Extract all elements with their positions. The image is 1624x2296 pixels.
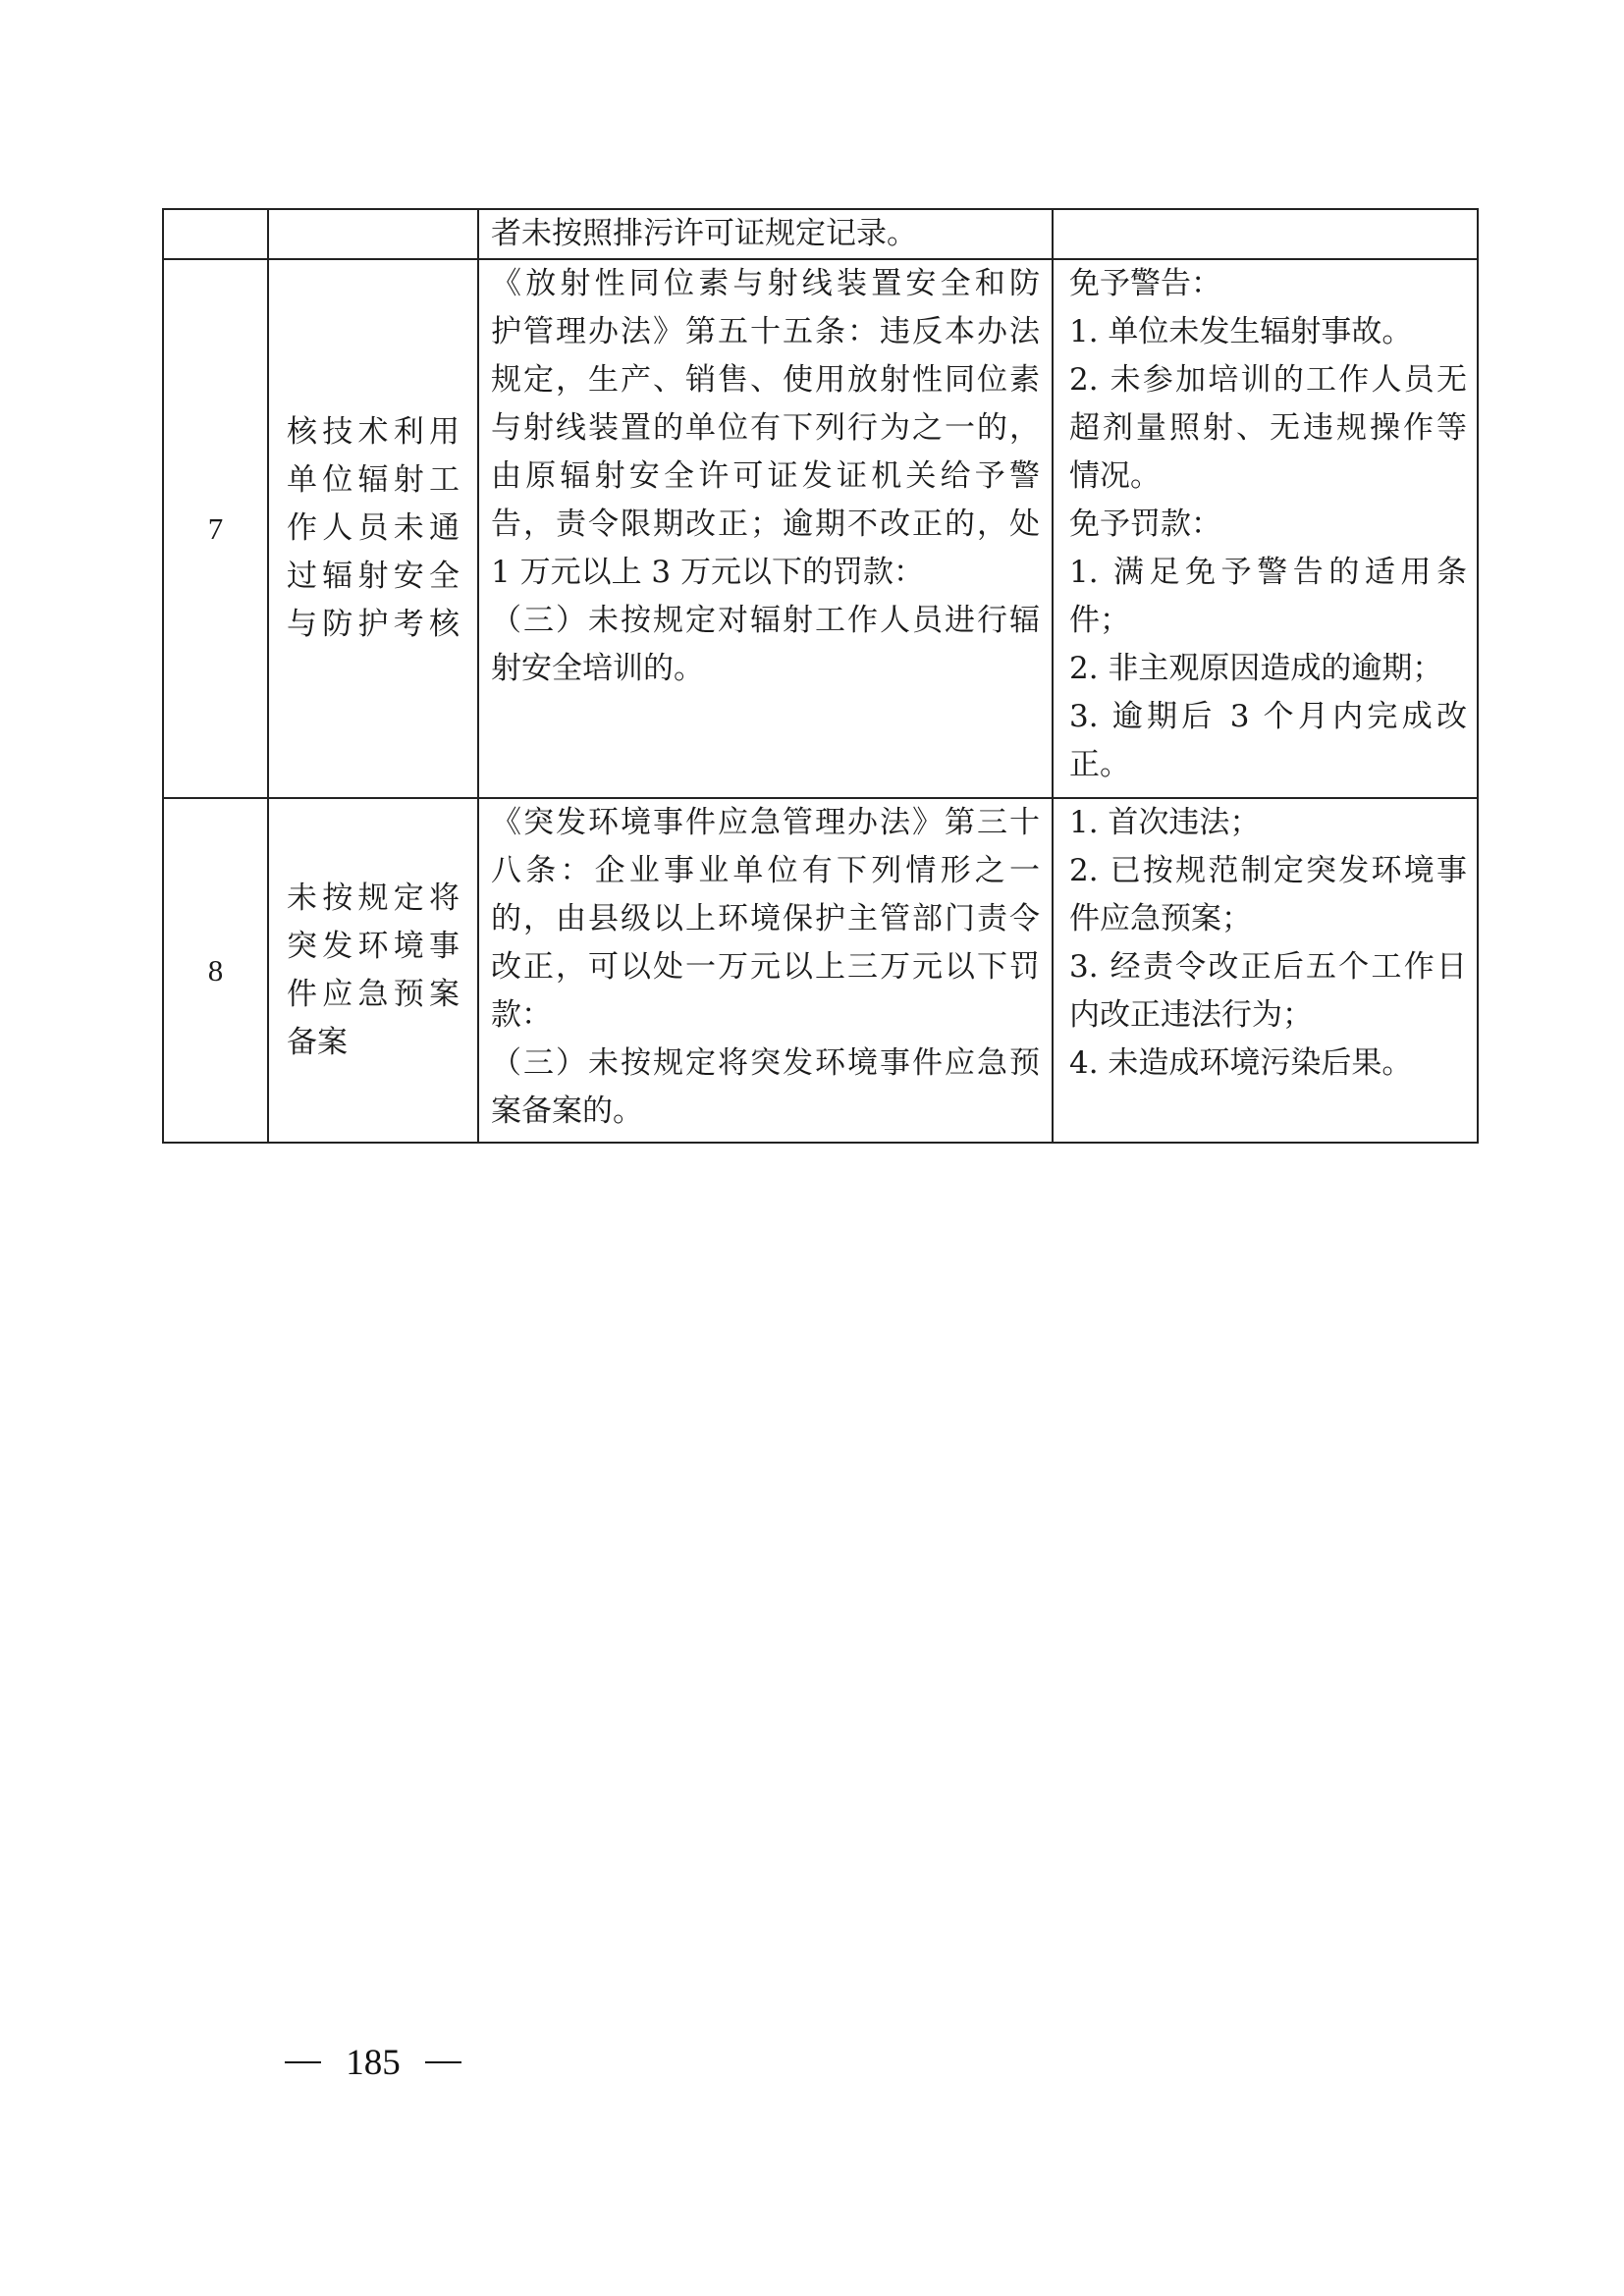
violation-name-line: 过辐射安全: [287, 553, 460, 601]
exemption-condition-line: 2. 非主观原因造成的逾期；: [1069, 645, 1467, 693]
legal-basis-line: 护管理办法》第五十五条：违反本办法: [491, 308, 1040, 356]
violation-name-cell: 未按规定将 突发环境事 件应急预案 备案: [268, 798, 478, 1143]
violation-name-cell: 核技术利用 单位辐射工 作人员未通 过辐射安全 与防护考核: [268, 259, 478, 798]
exemption-conditions-cell: 免予警告： 1. 单位未发生辐射事故。 2. 未参加培训的工作人员无 超剂量照射…: [1053, 259, 1478, 798]
legal-basis-line: 《放射性同位素与射线装置安全和防: [491, 260, 1040, 308]
legal-basis-line: 由原辐射安全许可证发证机关给予警: [491, 453, 1040, 501]
exemption-condition-line: 2. 未参加培训的工作人员无: [1069, 356, 1467, 404]
provisions-table: 者未按照排污许可证规定记录。 7 核技术利用 单位辐射工 作人员未通 过辐射安全…: [162, 208, 1479, 1144]
violation-name-line: 单位辐射工: [287, 456, 460, 505]
legal-basis-line: 规定，生产、销售、使用放射性同位素: [491, 356, 1040, 404]
legal-basis-line: 案备案的。: [491, 1088, 1040, 1136]
legal-basis-line: 射安全培训的。: [491, 645, 1040, 693]
legal-basis-line: （三）未按规定将突发环境事件应急预: [491, 1040, 1040, 1088]
exemption-condition-line: 3. 经责令改正后五个工作日: [1069, 943, 1467, 991]
violation-name-line: 件应急预案: [287, 971, 460, 1019]
table-row-8: 8 未按规定将 突发环境事 件应急预案 备案 《突发环境事件应急管理办法》第三十…: [163, 798, 1478, 1143]
page-number: 185: [346, 2042, 401, 2084]
legal-basis-cell: 《放射性同位素与射线装置安全和防 护管理办法》第五十五条：违反本办法 规定，生产…: [478, 259, 1053, 798]
exemption-heading-fine: 免予罚款：: [1069, 501, 1467, 549]
violation-name-line: 突发环境事: [287, 923, 460, 971]
exemption-condition-line: 4. 未造成环境污染后果。: [1069, 1040, 1467, 1088]
row-number-cell: [163, 209, 268, 259]
exemption-condition-line: 情况。: [1069, 453, 1467, 501]
legal-basis-cell: 《突发环境事件应急管理办法》第三十 八条：企业事业单位有下列情形之一 的，由县级…: [478, 798, 1053, 1143]
exemption-condition-line: 3. 逾期后 3 个月内完成改: [1069, 693, 1467, 741]
legal-basis-line: 与射线装置的单位有下列行为之一的，: [491, 404, 1040, 453]
table-row-continued: 者未按照排污许可证规定记录。: [163, 209, 1478, 259]
violation-name-line: 核技术利用: [287, 408, 460, 456]
exemption-condition-line: 件；: [1069, 597, 1467, 645]
legal-basis-line: 款：: [491, 991, 1040, 1040]
legal-basis-line: 者未按照排污许可证规定记录。: [491, 210, 1040, 258]
legal-basis-line: 告，责令限期改正；逾期不改正的，处: [491, 501, 1040, 549]
violation-name-line: 作人员未通: [287, 505, 460, 553]
page-number-dash-right: [425, 2061, 461, 2063]
legal-basis-line: 的，由县级以上环境保护主管部门责令: [491, 895, 1040, 943]
legal-basis-line: 改正，可以处一万元以上三万元以下罚: [491, 943, 1040, 991]
exemption-condition-line: 正。: [1069, 741, 1467, 789]
table-row-7: 7 核技术利用 单位辐射工 作人员未通 过辐射安全 与防护考核 《放射性同位素与…: [163, 259, 1478, 798]
row-number-cell: 7: [163, 259, 268, 798]
legal-basis-line: 八条：企业事业单位有下列情形之一: [491, 847, 1040, 895]
exemption-condition-line: 1. 首次违法；: [1069, 799, 1467, 847]
exemption-condition-line: 2. 已按规范制定突发环境事: [1069, 847, 1467, 895]
exemption-heading-warning: 免予警告：: [1069, 260, 1467, 308]
violation-name-line: 未按规定将: [287, 875, 460, 923]
exemption-condition-line: 件应急预案；: [1069, 895, 1467, 943]
row-number-cell: 8: [163, 798, 268, 1143]
exemption-condition-line: 超剂量照射、无违规操作等: [1069, 404, 1467, 453]
violation-name-line: 与防护考核: [287, 601, 460, 649]
exemption-condition-line: 内改正违法行为；: [1069, 991, 1467, 1040]
legal-basis-line: 1 万元以上 3 万元以下的罚款：: [491, 549, 1040, 597]
exemption-condition-line: 1. 满足免予警告的适用条: [1069, 549, 1467, 597]
page-number-dash-left: [285, 2061, 321, 2063]
exemption-condition-line: 1. 单位未发生辐射事故。: [1069, 308, 1467, 356]
exemption-conditions-cell: 1. 首次违法； 2. 已按规范制定突发环境事 件应急预案； 3. 经责令改正后…: [1053, 798, 1478, 1143]
legal-basis-line: （三）未按规定对辐射工作人员进行辐: [491, 597, 1040, 645]
page-number-footer: 185: [285, 2038, 461, 2087]
violation-name-cell: [268, 209, 478, 259]
legal-basis-cell: 者未按照排污许可证规定记录。: [478, 209, 1053, 259]
legal-basis-line: 《突发环境事件应急管理办法》第三十: [491, 799, 1040, 847]
exemption-conditions-cell: [1053, 209, 1478, 259]
violation-name-line: 备案: [287, 1019, 460, 1067]
